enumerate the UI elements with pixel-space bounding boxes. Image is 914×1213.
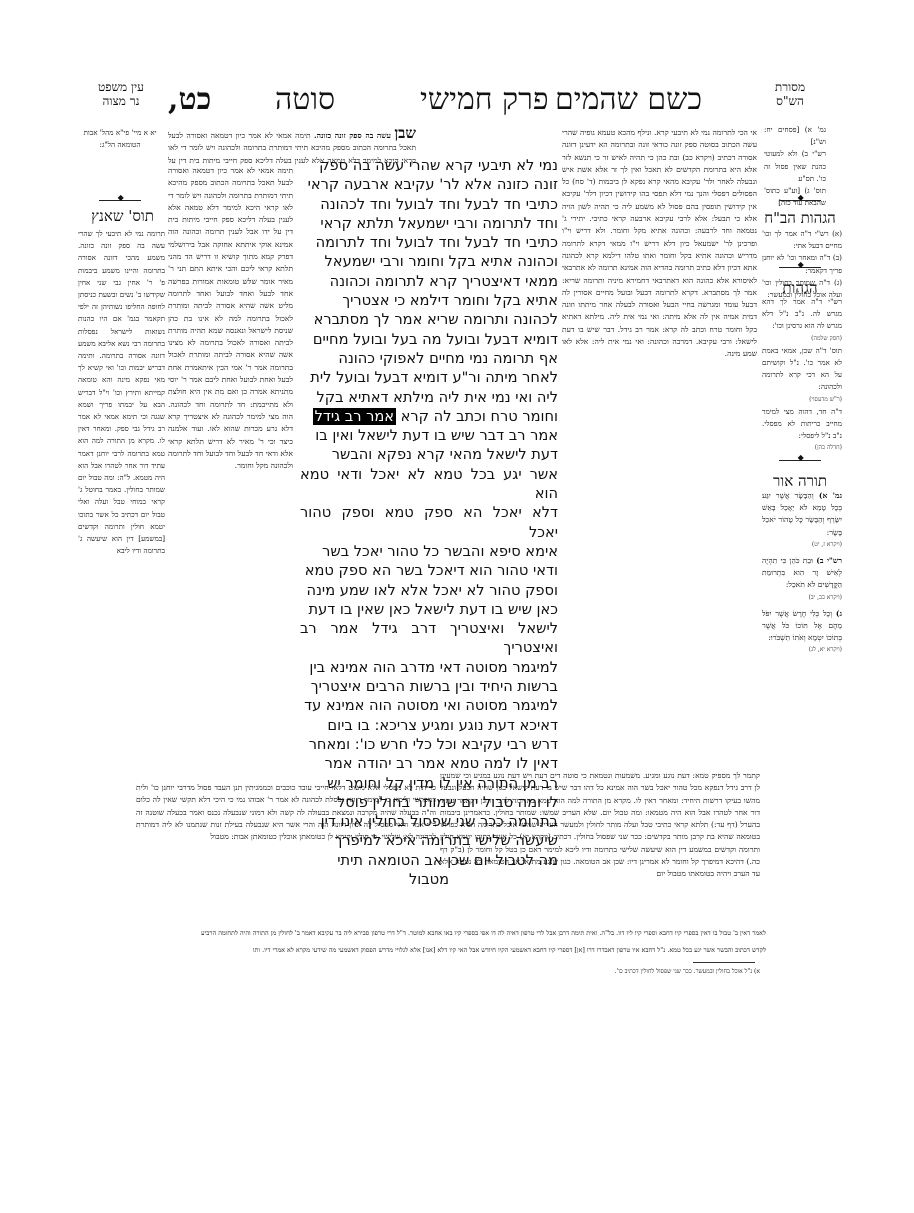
ein-mishpat-divider	[90, 195, 150, 205]
bach-divider	[770, 195, 830, 205]
footnote: א) נ"ל אוכל בחולין ובמעשר. ככר שני שפסול…	[530, 966, 760, 978]
torah-or-ref: (ויקרא ז, יט)	[762, 539, 842, 551]
gemara-line: כאן שיש בו דעת לישאל כאן שאין בו דעת	[300, 600, 558, 619]
gemara-line: דעת לישאל מהאי קרא נפקא והבשר	[300, 445, 558, 464]
masoret-item: רש"י ב) ולא למעוטי כהנת שאין פסול זה כו'…	[764, 148, 826, 185]
gemara-line: וחד לתרומה ורבי ישמעאל תלתא קראי	[300, 214, 558, 233]
gemara-line: וחומר טרח וכתב לה קרא אמר רב גידל	[300, 407, 558, 426]
tosafot-commentary-cont: תימה אמאי לא אמר כיון דטמאה ואסורה לבעל …	[168, 165, 293, 785]
torah-or-ref: (ויקרא כב, יב)	[762, 592, 842, 604]
tosafot-shantz-title: תוס' שאנץ	[80, 207, 165, 226]
gemara-line: ודאי טהור הוא דיאכל בשר הא ספק טמא	[300, 561, 558, 580]
gemara-line: אף תרומה נמי מחיים לאפוקי כהונה	[300, 349, 558, 368]
hagahot-habach-title: הגהות הב"ח	[760, 209, 840, 228]
gemara-line: אמר רב דבר שיש בו דעת לישאל ואין בו	[300, 426, 558, 445]
gemara-line: אימא סיפא והבשר כל טהור יאכל בשר	[300, 542, 558, 561]
highlighted-selection[interactable]: אמר רב גידל	[313, 408, 396, 425]
gemara-line: למיגמר מסוטה ואי מסוטה הוה אמינא עד	[300, 696, 558, 715]
gemara-line: ממאי דאיצטריך קרא לתרומה וכהונה	[300, 272, 558, 291]
gemara-line: ברשות היחיד ובין ברשות הרבים איצטריך	[300, 677, 558, 696]
torah-or-divider	[770, 455, 830, 465]
gemara-line: דרש רבי עקיבא וכל כלי חרש כו': ומאחר	[300, 735, 558, 754]
gemara-line: כתיבי חד לבעל וחד לבועל וחד לכהונה	[300, 195, 558, 214]
hagahot-list: רש"י ד"ה אמר לך דהא מגרש לה. נ"ב נ"ל דלא…	[762, 296, 842, 455]
chapter-incipit: כשם שהמים	[555, 82, 702, 117]
hagahot-source: (חסק שלמה)	[762, 333, 842, 345]
torah-or-item: ג) וְכָל כְּלִי חֶרֶשׂ אֲשֶׁר יִפֹּל מֵה…	[762, 608, 842, 645]
torah-or-ref: (ויקרא יא, לג)	[762, 644, 842, 656]
masoret-hashas-title: מסורת הש"ס	[760, 80, 820, 108]
bottom-note-line-1: לאמר דאין ב' טבול בו דאין בספרי קיו דחבא…	[136, 927, 766, 940]
gemara-line: אתיא בקל וחומר דילמא כי אצטריך	[300, 291, 558, 310]
gemara-line: וכהונה אתיא בקל וחומר ורבי ישמעאל	[300, 252, 558, 271]
gemara-line: לכהונה ותרומה שריא אמר לך מסתברא	[300, 310, 558, 329]
gemara-line: למיגמר מסוטה דאי מדרב הוה אמינא בין	[300, 658, 558, 677]
gemara-line: דאיכא דעת נוגע ומגיע צריכא: בו ביום	[300, 716, 558, 735]
ein-mishpat-entry: יא א מיי' פי"א מהל' אבות הטומאה הל"ג:	[75, 127, 165, 151]
tractate-name: סוטה	[275, 82, 335, 117]
chapter-number: פרק חמישי	[420, 82, 549, 117]
gemara-line: כתיבי חד לבעל וחד לבועל וחד לתרומה	[300, 233, 558, 252]
torah-or-title: תורה אור	[760, 472, 840, 491]
gemara-line: לאחר מיתה ור"ע דומיא דבעל ובועל לית	[300, 368, 558, 387]
torah-or-list: גמ' א) וְהַבָּשָׂר אֲשֶׁר יִגַּע בְּכָל …	[762, 490, 842, 657]
hagahot-item: ד"ה חד, דהוה מצי למימר מחייב כריתות לא מ…	[762, 406, 842, 443]
hagahot-divider	[770, 262, 830, 272]
lower-rashi: קתמר לך מספיק טמא: דעת נוגע ומגיע. משמעו…	[440, 770, 760, 938]
bach-item: (א) רש"י ד"ה אמר לך וכו' מחיים דבעל אתי:	[762, 228, 842, 252]
hagahot-source: (ר"ש מדעסוי)	[762, 394, 842, 406]
hagahot-item: תוס' ד"ה שכן, אמאי באמת לא אמר כו'. נ"ל …	[762, 345, 842, 394]
gemara-line: נמי לא תיבעי קרא שהרי עשה בה ספק	[300, 156, 558, 175]
gemara-line: וספק טהור לא יאכל אלא לאו שמע מינה	[300, 581, 558, 600]
masoret-item: גמ' א) [פסחים יח: וש"נ]	[764, 124, 826, 148]
gemara-line: אשר יגע בכל טמא לא יאכל ודאי טמא הוא	[300, 465, 558, 504]
torah-or-item: גמ' א) וְהַבָּשָׂר אֲשֶׁר יִגַּע בְּכָל …	[762, 490, 842, 539]
lower-left-tosafot: כריתות לא מפסלי אלא משום דלאו חייבי עובד…	[136, 782, 436, 937]
gemara-line: דומיא דבעל ובועל מה בעל ובועל מחיים	[300, 330, 558, 349]
gemara-line: זונה כזונה אלא לר' עקיבא ארבעה קראי	[300, 175, 558, 194]
rashi-commentary: אי הכי לתרומה נמי לא תיבעי קרא. ונילף מה…	[562, 127, 757, 767]
torah-or-item: רש"י ב) וּבַת כֹּהֵן כִּי תִהְיֶה לְאִיש…	[762, 555, 842, 592]
ein-mishpat-title: עין משפט נר מצוה	[92, 80, 150, 108]
gemara-line: ליה ואי נמי אית ליה מילתא דאתיא בקל	[300, 388, 558, 407]
daf-number: כט,	[168, 82, 211, 117]
footnote-rule	[693, 962, 755, 963]
gemara-line: לישאל ואיצטריך דרב גידל אמר רב ואיצטריך	[300, 619, 558, 658]
tosafot-lead-word: שבן	[394, 127, 416, 142]
hagahot-item: רש"י ד"ה אמר לך דהא מגרש לה. נ"ב נ"ל דלא…	[762, 296, 842, 333]
tosafot-dibbur-hamatchil: עשה בה ספק זונה כזונה.	[314, 131, 391, 140]
gemara-line: דלא יאכל הא ספק טמא וספק טהור יאכל	[300, 503, 558, 542]
bottom-note-line-2: לקדש דכתוב והבשר אשר יגע בכל טמא. נ"ל דח…	[136, 944, 766, 957]
